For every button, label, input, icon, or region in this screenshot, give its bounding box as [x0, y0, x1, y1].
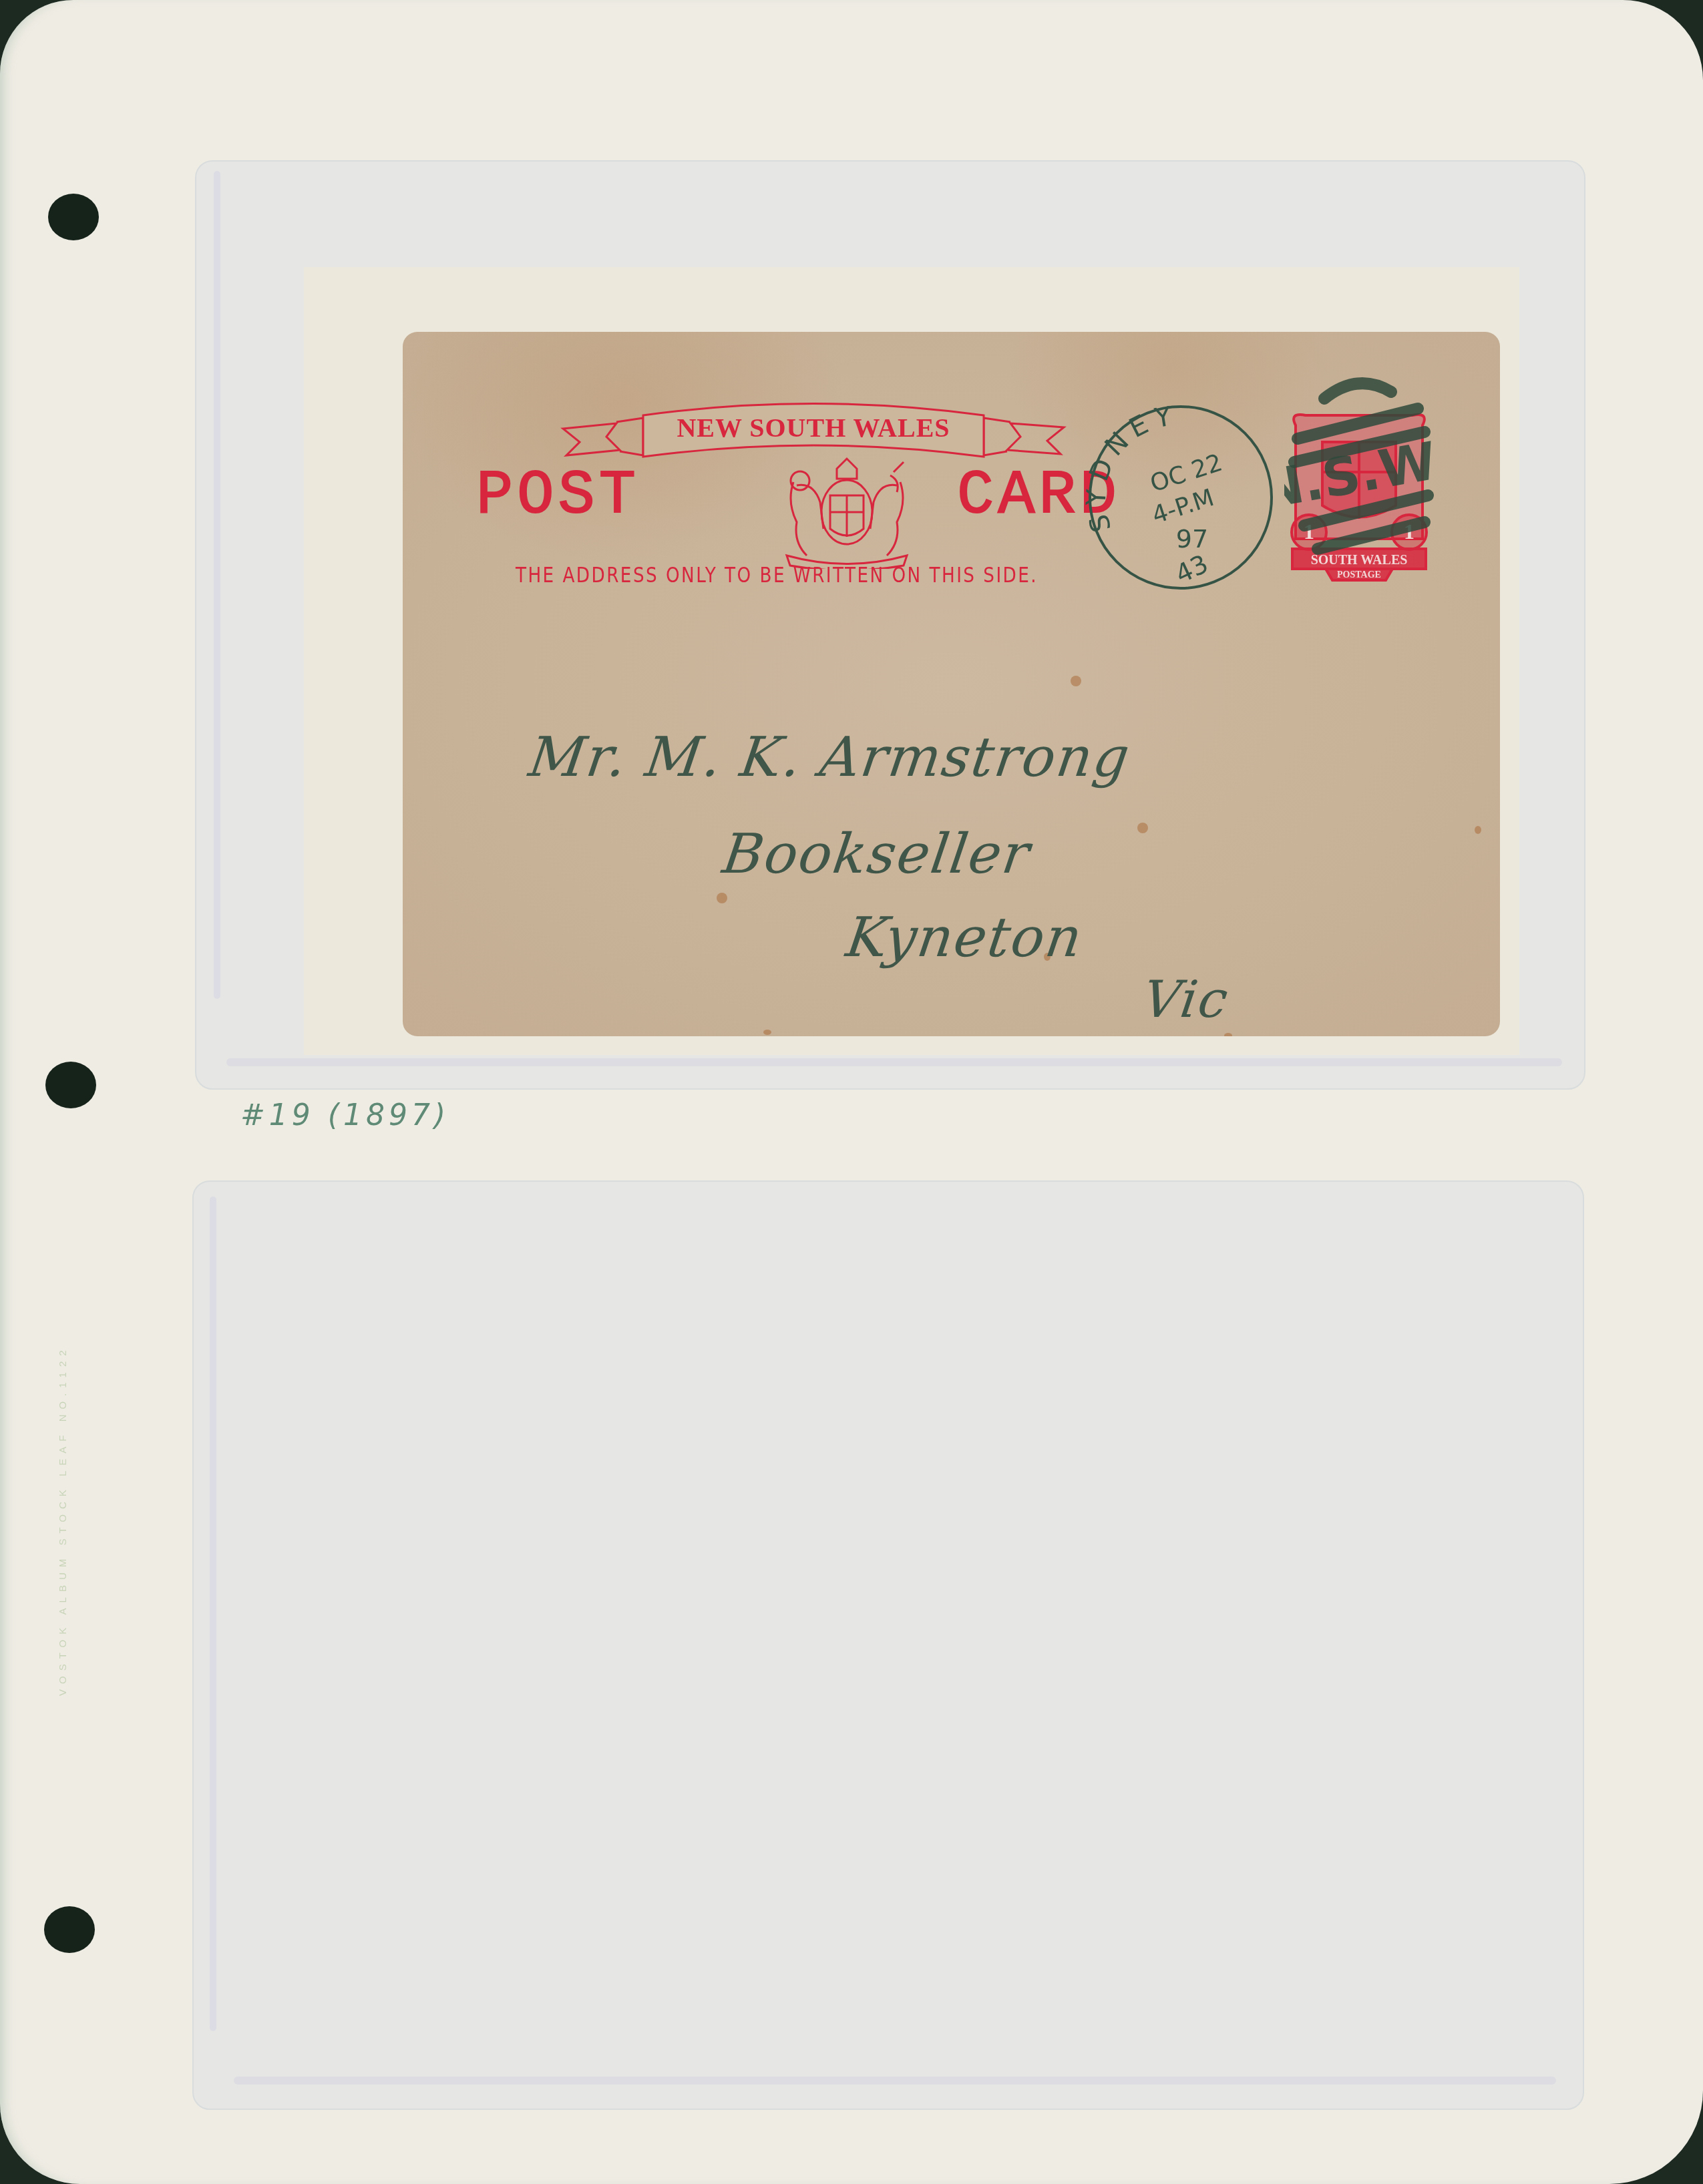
sydney-postmark-icon: SYDNEY OC 22 4-P.M 97 43 — [1085, 402, 1276, 593]
address-line-recipient: Mr. M. K. Armstrong — [525, 726, 1134, 789]
svg-text:OC 22: OC 22 — [1147, 449, 1225, 497]
sleeve-rib-left — [214, 171, 220, 999]
address-line-state: Vic — [1140, 969, 1233, 1029]
address-instruction: THE ADDRESS ONLY TO BE WRITTEN ON THIS S… — [470, 562, 1083, 588]
nsw-killer-cancel-icon: N.S.W. — [1284, 372, 1438, 566]
punch-hole-bottom — [44, 1906, 95, 1953]
svg-text:POSTAGE: POSTAGE — [1337, 570, 1381, 580]
lower-sleeve-pocket[interactable] — [192, 1180, 1584, 2110]
sleeve-rib-bottom — [234, 2077, 1556, 2085]
punch-hole-top — [48, 194, 99, 240]
punch-hole-middle — [45, 1062, 96, 1108]
banner-text: NEW SOUTH WALES — [556, 412, 1071, 443]
svg-text:43: 43 — [1171, 549, 1212, 589]
svg-text:97: 97 — [1176, 524, 1208, 554]
sleeve-rib-bottom — [226, 1058, 1562, 1066]
album-page: NEW SOUTH WALES POST CARD THE ADDRESS ON… — [0, 0, 1703, 2184]
coat-of-arms-icon — [767, 455, 927, 569]
post-heading: POST — [476, 465, 640, 527]
catalogue-annotation: #19 (1897) — [240, 1098, 449, 1132]
postcard[interactable]: NEW SOUTH WALES POST CARD THE ADDRESS ON… — [403, 332, 1500, 1036]
sleeve-rib-left — [210, 1196, 216, 2031]
album-leaf-imprint: VOSTOK ALBUM STOCK LEAF NO.1122 — [57, 1345, 69, 1696]
address-line-town: Kyneton — [842, 906, 1087, 969]
address-line-occupation: Bookseller — [719, 823, 1034, 886]
